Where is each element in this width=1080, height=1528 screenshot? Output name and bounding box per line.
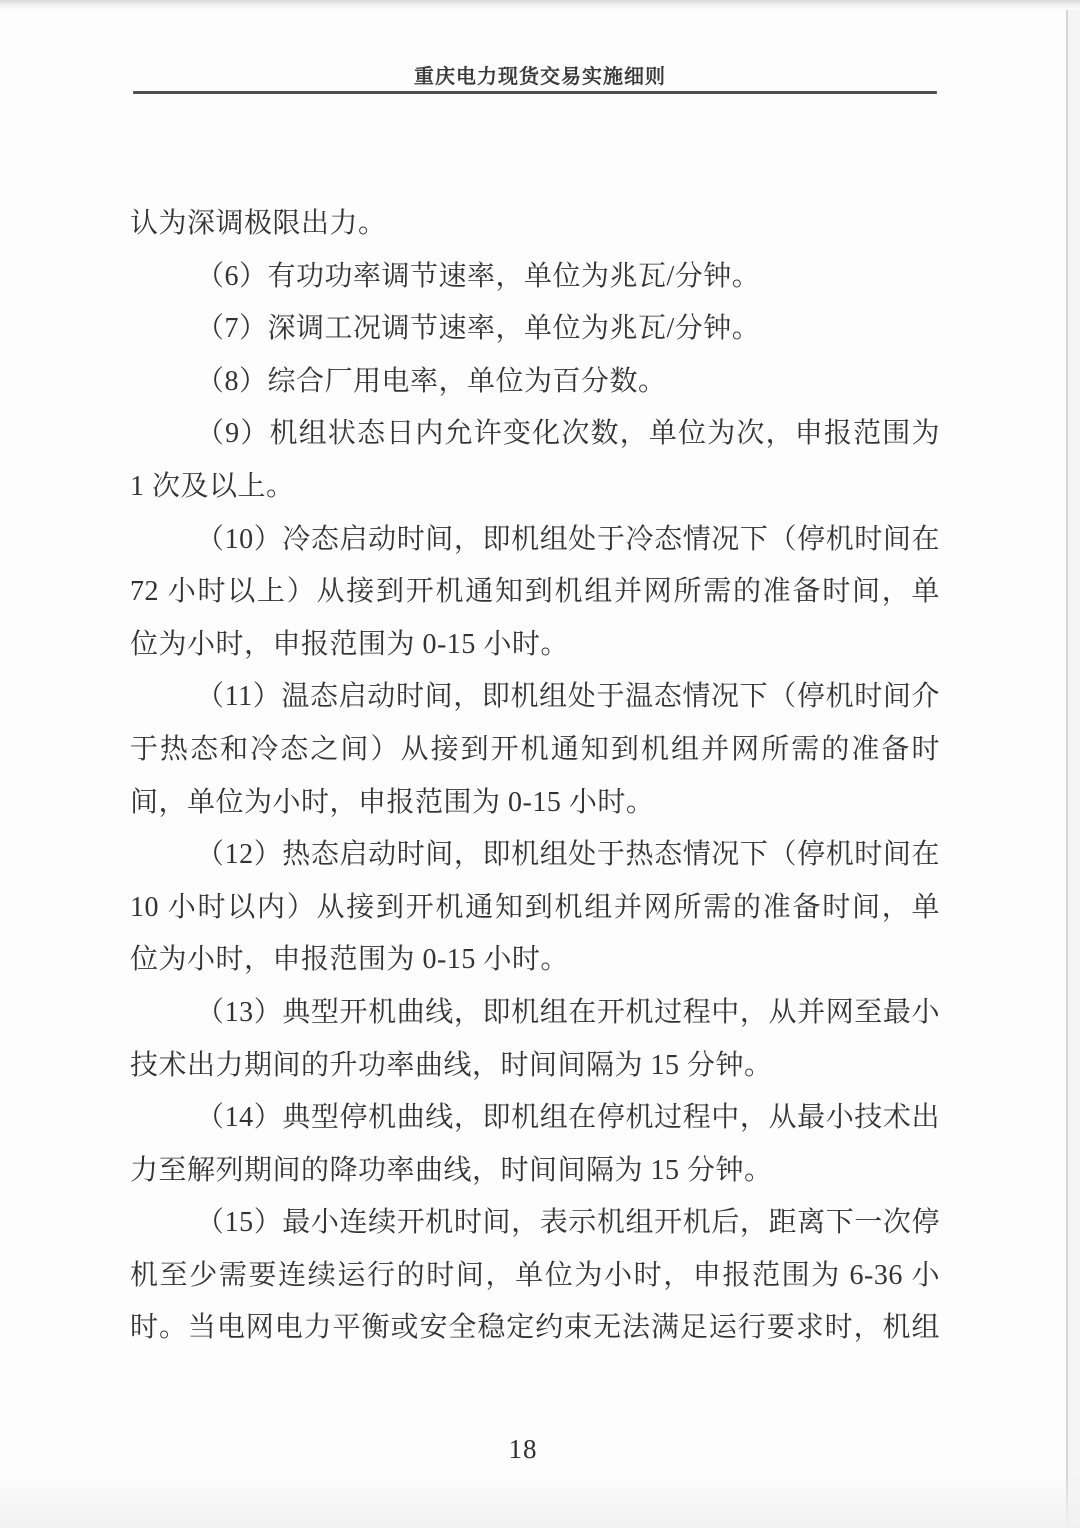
header-title: 重庆电力现货交易实施细则 [0, 60, 1080, 89]
text-line: （10）冷态启动时间，即机组处于冷态情况下（停机时间在 [130, 514, 940, 567]
text-line: 技术出力期间的升功率曲线，时间间隔为 15 分钟。 [130, 1040, 940, 1093]
scan-artifact-right-edge [1066, 10, 1068, 1528]
text-line: 认为深调极限出力。 [130, 198, 940, 251]
document-body: 认为深调极限出力。（6）有功功率调节速率，单位为兆瓦/分钟。（7）深调工况调节速… [130, 198, 940, 1355]
text-line: 于热态和冷态之间）从接到开机通知到机组并网所需的准备时 [130, 724, 940, 777]
scan-artifact-top [0, 0, 1080, 10]
text-line: 1 次及以上。 [130, 461, 940, 514]
text-line: （6）有功功率调节速率，单位为兆瓦/分钟。 [130, 251, 940, 304]
scan-artifact-bottom [0, 1473, 1080, 1528]
text-line: 位为小时，申报范围为 0-15 小时。 [130, 934, 940, 987]
text-line: 时。当电网电力平衡或安全稳定约束无法满足运行要求时，机组 [130, 1302, 940, 1355]
text-line: 10 小时以内）从接到开机通知到机组并网所需的准备时间，单 [130, 882, 940, 935]
header-rule [133, 91, 937, 94]
document-page: 重庆电力现货交易实施细则 认为深调极限出力。（6）有功功率调节速率，单位为兆瓦/… [0, 0, 1080, 1528]
text-line: （12）热态启动时间，即机组处于热态情况下（停机时间在 [130, 829, 940, 882]
text-line: （9）机组状态日内允许变化次数，单位为次，申报范围为 [130, 408, 940, 461]
text-line: 机至少需要连续运行的时间，单位为小时，申报范围为 6-36 小 [130, 1250, 940, 1303]
text-line: （13）典型开机曲线，即机组在开机过程中，从并网至最小 [130, 987, 940, 1040]
text-line: （7）深调工况调节速率，单位为兆瓦/分钟。 [130, 303, 940, 356]
text-line: 力至解列期间的降功率曲线，时间间隔为 15 分钟。 [130, 1145, 940, 1198]
page-footer: 18 [0, 1434, 1046, 1465]
text-line: （11）温态启动时间，即机组处于温态情况下（停机时间介 [130, 671, 940, 724]
scan-artifact-right-halo [1068, 10, 1080, 1528]
text-line: （15）最小连续开机时间，表示机组开机后，距离下一次停 [130, 1197, 940, 1250]
text-line: （8）综合厂用电率，单位为百分数。 [130, 356, 940, 409]
text-line: （14）典型停机曲线，即机组在停机过程中，从最小技术出 [130, 1092, 940, 1145]
text-line: 位为小时，申报范围为 0-15 小时。 [130, 619, 940, 672]
page-number: 18 [509, 1434, 538, 1464]
text-line: 72 小时以上）从接到开机通知到机组并网所需的准备时间，单 [130, 566, 940, 619]
text-line: 间，单位为小时，申报范围为 0-15 小时。 [130, 777, 940, 830]
